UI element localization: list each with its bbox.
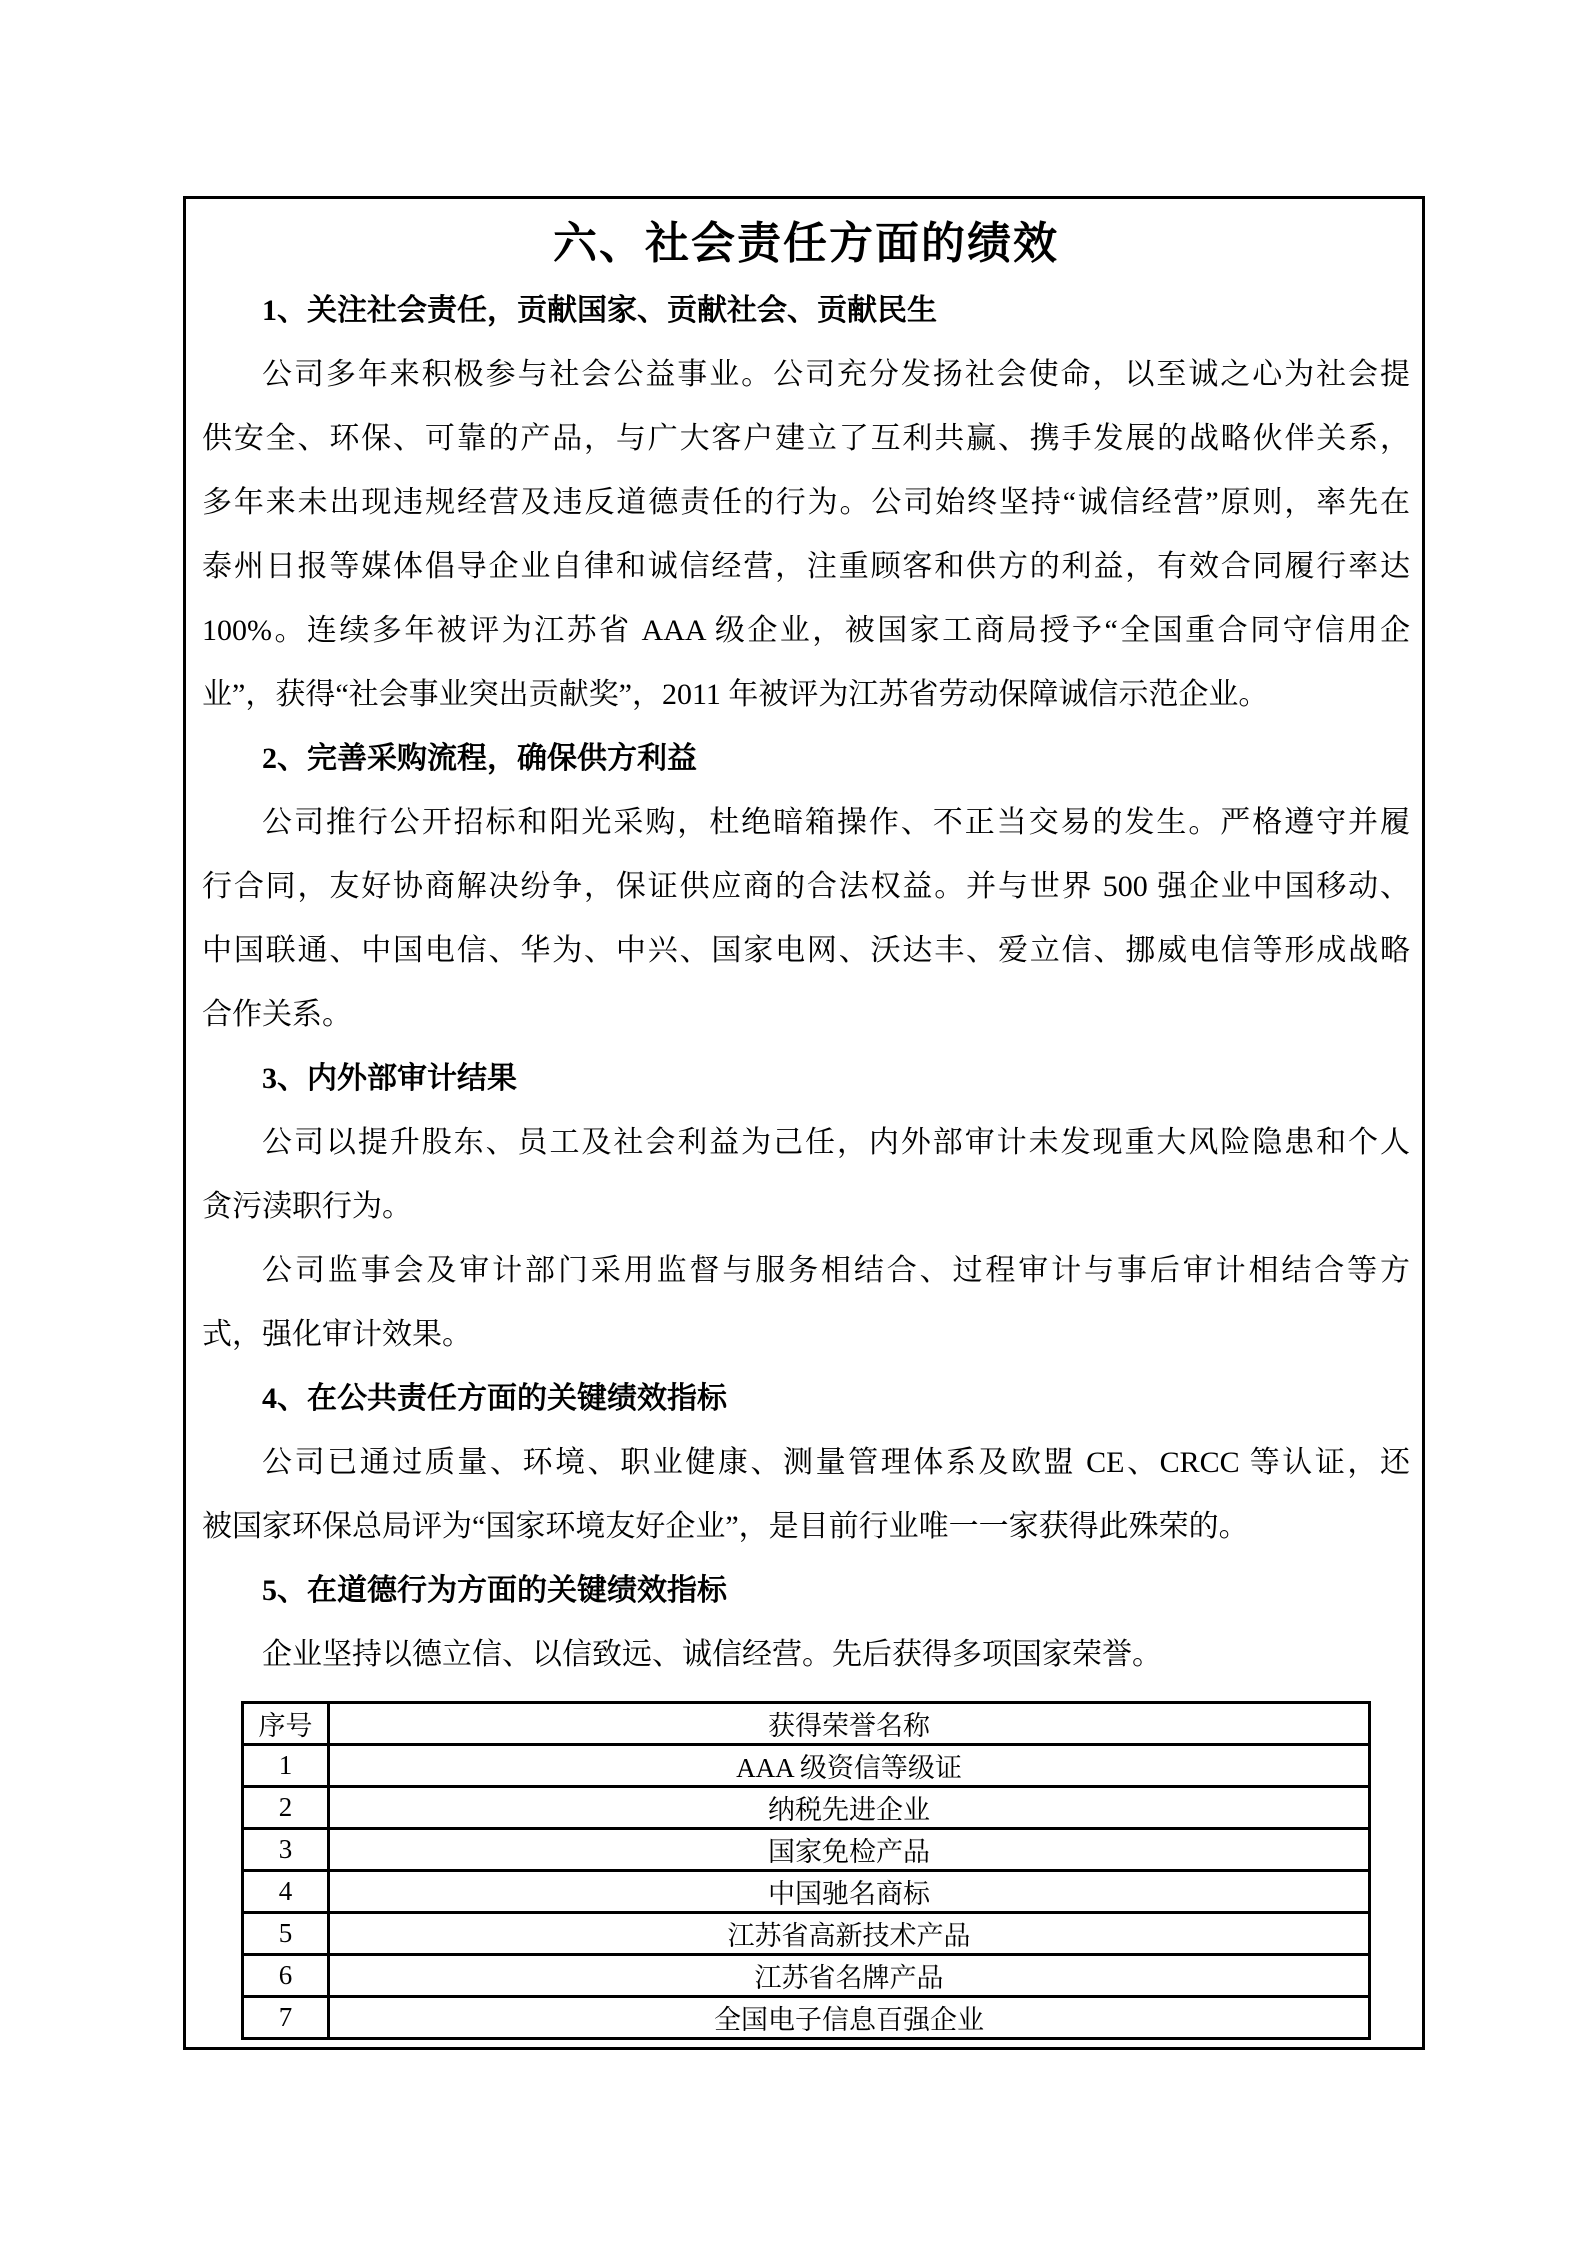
honor-name-cell: 纳税先进企业 xyxy=(329,1787,1370,1829)
paragraph-line: 供安全、环保、可靠的产品，与广大客户建立了互利共赢、携手发展的战略伙伴关系， xyxy=(202,407,1410,471)
paragraph-line: 泰州日报等媒体倡导企业自律和诚信经营，注重顾客和供方的利益，有效合同履行率达 xyxy=(202,535,1410,599)
table-row: 2纳税先进企业 xyxy=(243,1787,1370,1829)
section-heading: 1、关注社会责任，贡献国家、贡献社会、贡献民生 xyxy=(202,279,1410,343)
section-heading: 4、在公共责任方面的关键绩效指标 xyxy=(202,1367,1410,1431)
table-row: 3国家免检产品 xyxy=(243,1829,1370,1871)
paragraph-line: 贪污渎职行为。 xyxy=(202,1175,1410,1239)
table-row: 4中国驰名商标 xyxy=(243,1871,1370,1913)
row-index-cell: 2 xyxy=(243,1787,329,1829)
row-index-cell: 6 xyxy=(243,1955,329,1997)
table-row: 1AAA 级资信等级证 xyxy=(243,1745,1370,1787)
table-header-honor-name: 获得荣誉名称 xyxy=(329,1703,1370,1745)
table-header-index: 序号 xyxy=(243,1703,329,1745)
paragraph-line: 业”，获得“社会事业突出贡献奖”，2011 年被评为江苏省劳动保障诚信示范企业。 xyxy=(202,663,1410,727)
honor-name-cell: 江苏省名牌产品 xyxy=(329,1955,1370,1997)
row-index-cell: 3 xyxy=(243,1829,329,1871)
honor-name-cell: 江苏省高新技术产品 xyxy=(329,1913,1370,1955)
honor-name-cell: 国家免检产品 xyxy=(329,1829,1370,1871)
paragraph-line: 中国联通、中国电信、华为、中兴、国家电网、沃达丰、爱立信、挪威电信等形成战略 xyxy=(202,919,1410,983)
paragraph-line: 公司监事会及审计部门采用监督与服务相结合、过程审计与事后审计相结合等方 xyxy=(202,1239,1410,1303)
section-heading: 3、内外部审计结果 xyxy=(202,1047,1410,1111)
paragraph-line: 公司推行公开招标和阳光采购，杜绝暗箱操作、不正当交易的发生。严格遵守并履 xyxy=(202,791,1410,855)
paragraph-line: 合作关系。 xyxy=(202,983,1410,1047)
paragraph-line: 公司多年来积极参与社会公益事业。公司充分发扬社会使命，以至诚之心为社会提 xyxy=(202,343,1410,407)
section-heading: 5、在道德行为方面的关键绩效指标 xyxy=(202,1559,1410,1623)
paragraph-line: 公司以提升股东、员工及社会利益为己任，内外部审计未发现重大风险隐患和个人 xyxy=(202,1111,1410,1175)
section-heading: 2、完善采购流程，确保供方利益 xyxy=(202,727,1410,791)
table-row: 5江苏省高新技术产品 xyxy=(243,1913,1370,1955)
page-border-frame: 六、社会责任方面的绩效 1、关注社会责任，贡献国家、贡献社会、贡献民生公司多年来… xyxy=(183,196,1425,2050)
paragraph-line: 被国家环保总局评为“国家环境友好企业”，是目前行业唯一一家获得此殊荣的。 xyxy=(202,1495,1410,1559)
table-row: 6江苏省名牌产品 xyxy=(243,1955,1370,1997)
row-index-cell: 1 xyxy=(243,1745,329,1787)
table-row: 7全国电子信息百强企业 xyxy=(243,1997,1370,2039)
paragraph-line: 行合同，友好协商解决纷争，保证供应商的合法权益。并与世界 500 强企业中国移动… xyxy=(202,855,1410,919)
document-body: 1、关注社会责任，贡献国家、贡献社会、贡献民生公司多年来积极参与社会公益事业。公… xyxy=(202,279,1410,1687)
row-index-cell: 7 xyxy=(243,1997,329,2039)
paragraph-line: 100%。连续多年被评为江苏省 AAA 级企业，被国家工商局授予“全国重合同守信… xyxy=(202,599,1410,663)
table-header-row: 序号 获得荣誉名称 xyxy=(243,1703,1370,1745)
document-page: { "page": { "title": "六、社会责任方面的绩效" }, "s… xyxy=(0,0,1587,2245)
paragraph-line: 企业坚持以德立信、以信致远、诚信经营。先后获得多项国家荣誉。 xyxy=(202,1623,1410,1687)
row-index-cell: 4 xyxy=(243,1871,329,1913)
honors-table: 序号 获得荣誉名称 1AAA 级资信等级证2纳税先进企业3国家免检产品4中国驰名… xyxy=(241,1701,1371,2040)
honor-name-cell: 全国电子信息百强企业 xyxy=(329,1997,1370,2039)
paragraph-line: 公司已通过质量、环境、职业健康、测量管理体系及欧盟 CE、CRCC 等认证，还 xyxy=(202,1431,1410,1495)
paragraph-line: 式，强化审计效果。 xyxy=(202,1303,1410,1367)
page-title: 六、社会责任方面的绩效 xyxy=(202,209,1410,279)
page-content: 六、社会责任方面的绩效 1、关注社会责任，贡献国家、贡献社会、贡献民生公司多年来… xyxy=(186,199,1422,2040)
honor-name-cell: AAA 级资信等级证 xyxy=(329,1745,1370,1787)
row-index-cell: 5 xyxy=(243,1913,329,1955)
paragraph-line: 多年来未出现违规经营及违反道德责任的行为。公司始终坚持“诚信经营”原则，率先在 xyxy=(202,471,1410,535)
honor-name-cell: 中国驰名商标 xyxy=(329,1871,1370,1913)
